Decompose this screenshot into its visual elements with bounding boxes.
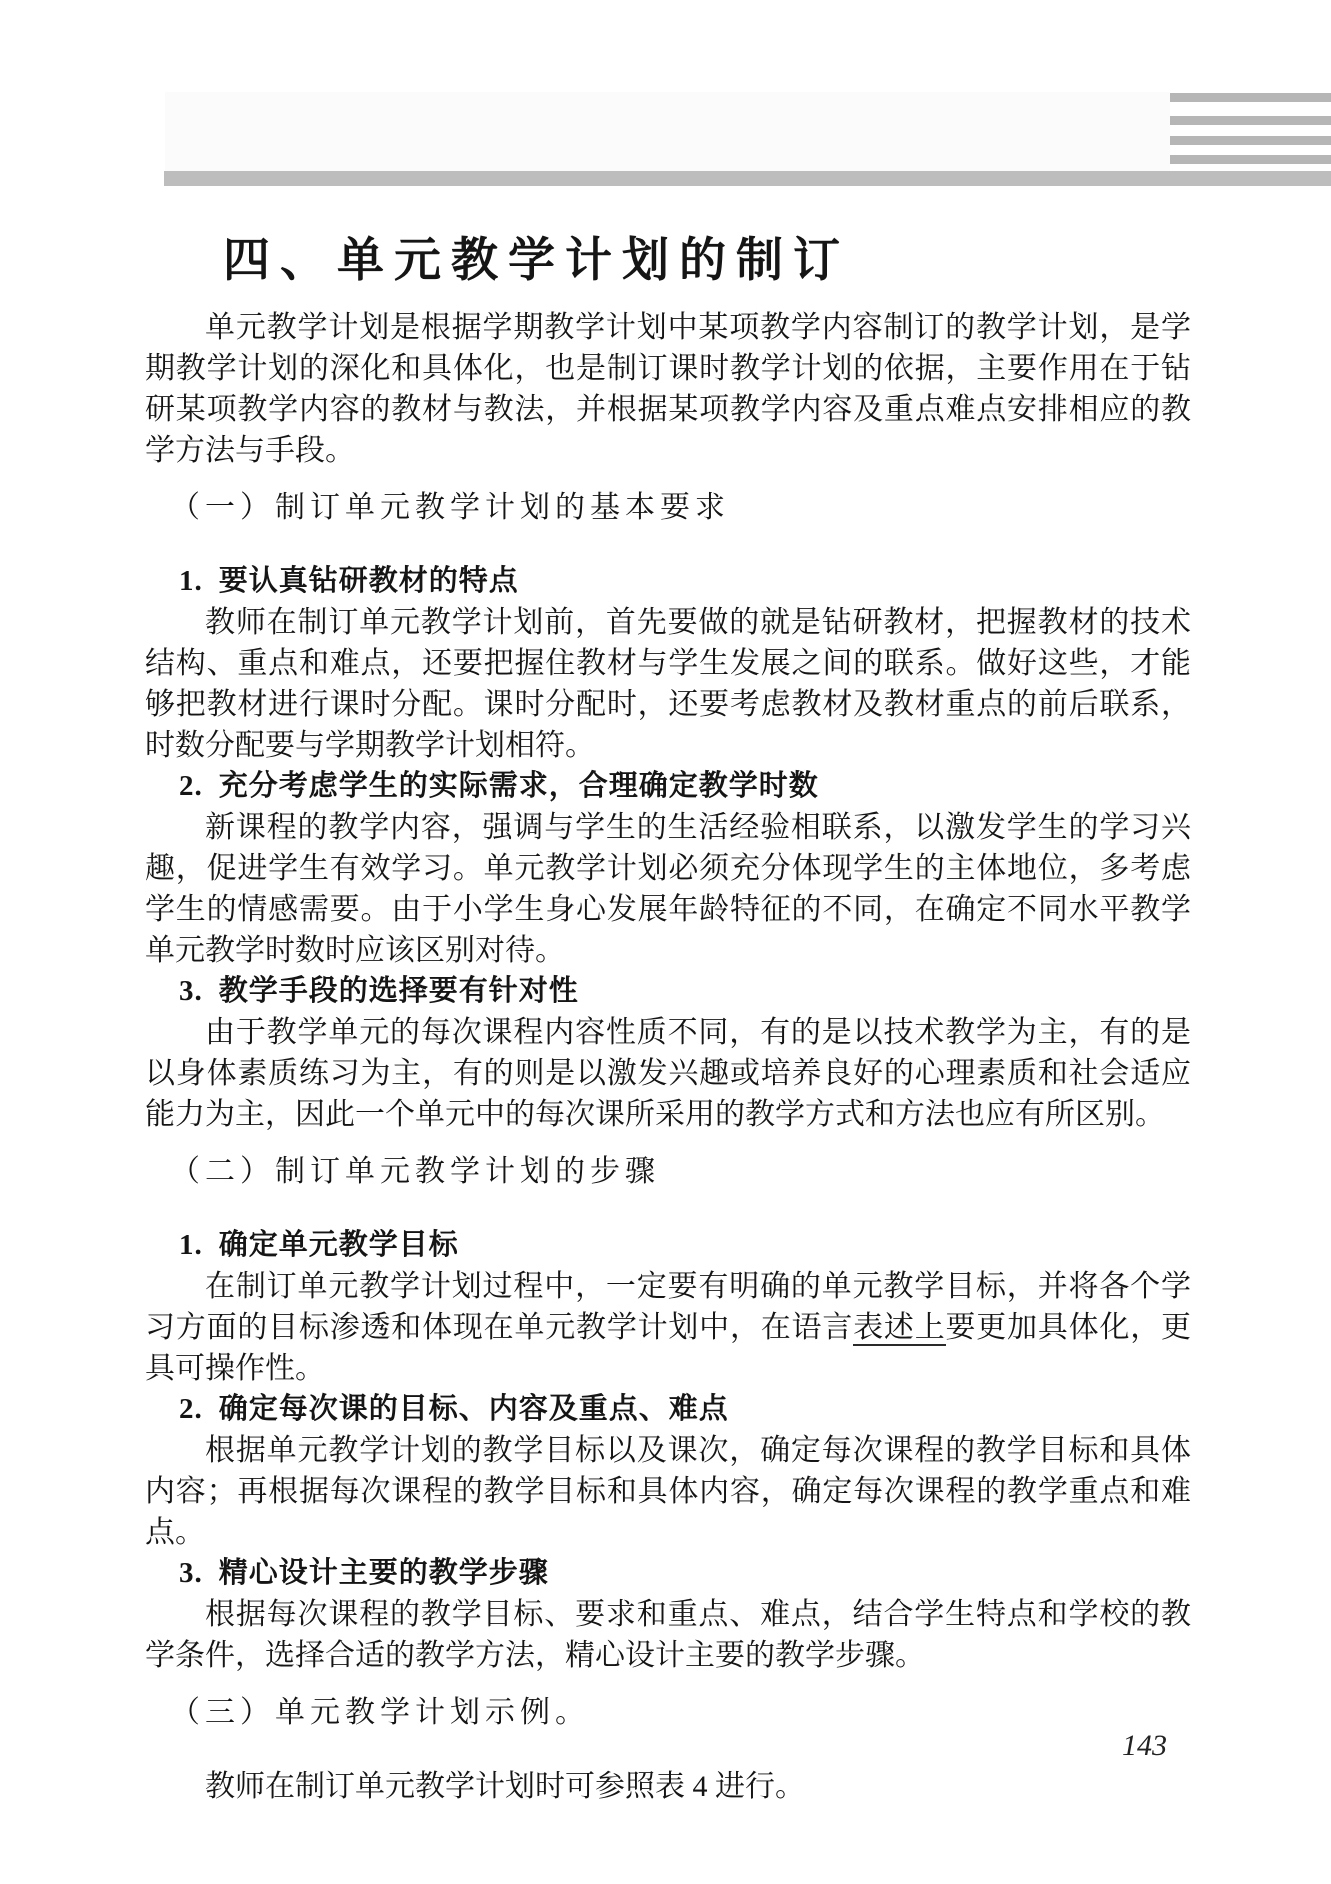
subsection-2-3-heading: 3.精心设计主要的教学步骤 [145, 1553, 1191, 1594]
header-stripe-1 [1170, 93, 1331, 102]
chapter-title: 四、单元教学计划的制订 [145, 233, 1191, 289]
subsection-1-1-heading: 1.要认真钻研教材的特点 [145, 561, 1191, 602]
header-stripe-4 [1170, 155, 1331, 164]
header-background [165, 92, 1170, 171]
document-page: 四、单元教学计划的制订 单元教学计划是根据学期教学计划中某项教学内容制订的教学计… [0, 0, 1331, 1884]
section-3-paragraph: 教师在制订单元教学计划时可参照表 4 进行。 [145, 1766, 1191, 1807]
section-1-heading: （一）制订单元教学计划的基本要求 [145, 491, 1191, 525]
subsection-2-3-title: 精心设计主要的教学步骤 [219, 1557, 549, 1589]
subsection-2-1-paragraph: 在制订单元教学计划过程中，一定要有明确的单元教学目标，并将各个学习方面的目标渗透… [145, 1266, 1191, 1389]
subsection-1-3-title: 教学手段的选择要有针对性 [219, 975, 579, 1007]
subsection-1-1-title: 要认真钻研教材的特点 [219, 565, 519, 597]
underlined-text: 表述上 [853, 1311, 945, 1346]
subsection-1-3-heading: 3.教学手段的选择要有针对性 [145, 971, 1191, 1012]
header-band [164, 171, 1331, 186]
subsection-1-1-paragraph: 教师在制订单元教学计划前，首先要做的就是钻研教材，把握教材的技术结构、重点和难点… [145, 602, 1191, 766]
header-stripe-2 [1170, 116, 1331, 125]
subsection-2-3-number: 3. [179, 1557, 203, 1589]
subsection-1-2-number: 2. [179, 770, 203, 802]
header-stripe-3 [1170, 136, 1331, 145]
page-number: 143 [1122, 1729, 1167, 1763]
subsection-2-3-paragraph: 根据每次课程的教学目标、要求和重点、难点，结合学生特点和学校的教学条件，选择合适… [145, 1594, 1191, 1676]
section-3-heading: （三）单元教学计划示例。 [145, 1696, 1191, 1730]
page-content: 四、单元教学计划的制订 单元教学计划是根据学期教学计划中某项教学内容制订的教学计… [145, 233, 1191, 1807]
subsection-2-2-title: 确定每次课的目标、内容及重点、难点 [219, 1393, 729, 1425]
intro-paragraph: 单元教学计划是根据学期教学计划中某项教学内容制订的教学计划，是学期教学计划的深化… [145, 307, 1191, 471]
subsection-2-1-title: 确定单元教学目标 [219, 1229, 459, 1261]
subsection-2-2-paragraph: 根据单元教学计划的教学目标以及课次，确定每次课程的教学目标和具体内容；再根据每次… [145, 1430, 1191, 1553]
subsection-2-2-heading: 2.确定每次课的目标、内容及重点、难点 [145, 1389, 1191, 1430]
subsection-2-1-heading: 1.确定单元教学目标 [145, 1225, 1191, 1266]
subsection-2-2-number: 2. [179, 1393, 203, 1425]
subsection-1-3-number: 3. [179, 975, 203, 1007]
subsection-1-2-title: 充分考虑学生的实际需求，合理确定教学时数 [219, 770, 819, 802]
subsection-1-2-paragraph: 新课程的教学内容，强调与学生的生活经验相联系，以激发学生的学习兴趣，促进学生有效… [145, 807, 1191, 971]
subsection-1-1-number: 1. [179, 565, 203, 597]
subsection-2-1-number: 1. [179, 1229, 203, 1261]
subsection-1-2-heading: 2.充分考虑学生的实际需求，合理确定教学时数 [145, 766, 1191, 807]
section-2-heading: （二）制订单元教学计划的步骤 [145, 1155, 1191, 1189]
subsection-1-3-paragraph: 由于教学单元的每次课程内容性质不同，有的是以技术教学为主，有的是以身体素质练习为… [145, 1012, 1191, 1135]
